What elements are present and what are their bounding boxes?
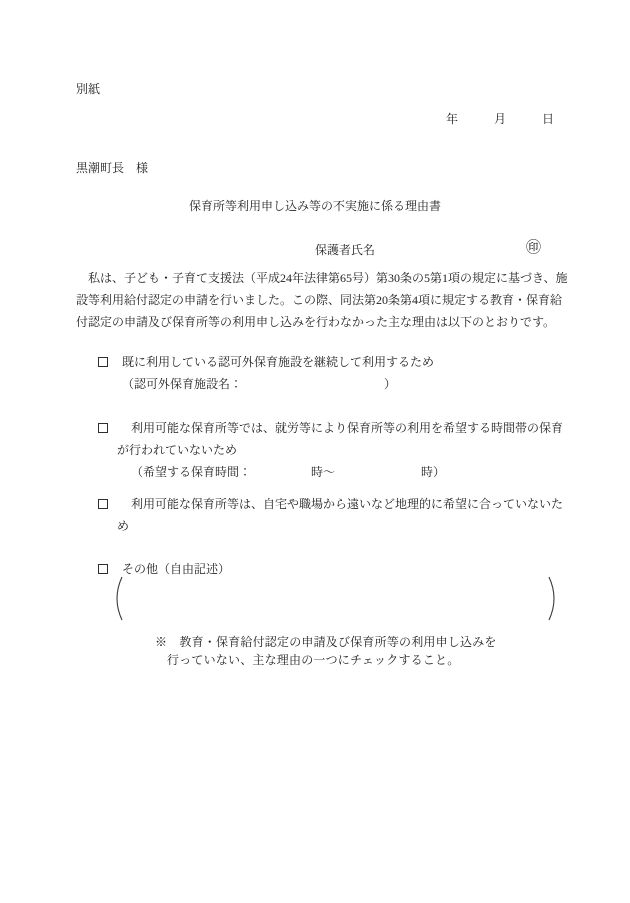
note-line: ※ 教育・保育給付認定の申請及び保育所等の利用申し込みを xyxy=(155,635,497,650)
reason-4-label: その他（自由記述） xyxy=(122,562,230,577)
reason-3-label-line1: 利用可能な保育所等は、自宅や職場から遠いなど地理的に希望に合っていないた xyxy=(131,497,563,512)
reason-3-label-line2: め xyxy=(117,519,129,534)
document-title: 保育所等利用申し込み等の不実施に係る理由書 xyxy=(0,199,630,214)
reason-1-field-line: （認可外保育施設名：） xyxy=(122,376,396,392)
document-page: { "document": { "attachment_label": "別紙"… xyxy=(0,0,630,903)
addressee: 黒潮町長 様 xyxy=(76,161,148,176)
facility-name-field[interactable] xyxy=(242,376,384,388)
care-hours-end-field[interactable] xyxy=(335,464,421,476)
facility-name-field-suffix: ） xyxy=(384,377,396,391)
free-text-bracket-right-icon xyxy=(546,576,562,621)
care-hours-field-suffix: 時） xyxy=(421,465,445,479)
body-line: 私は、子ども・子育て支援法（平成24年法律第65号）第30条の5第1項の規定に基… xyxy=(76,271,568,286)
other-reason-field[interactable] xyxy=(126,578,544,618)
reason-2-field-line: （希望する保育時間：時～時） xyxy=(131,464,445,480)
facility-name-field-prefix: （認可外保育施設名： xyxy=(122,377,242,391)
checkbox-reason-1[interactable] xyxy=(98,357,108,367)
body-line: 付認定の申請及び保育所等の利用申し込みを行わなかった主な理由は以下のとおりです。 xyxy=(76,315,555,330)
guardian-name-label: 保護者氏名 xyxy=(315,243,375,258)
care-hours-start-field[interactable] xyxy=(251,464,311,476)
checkbox-reason-4[interactable] xyxy=(98,564,108,574)
care-hours-field-mid: 時～ xyxy=(311,465,335,479)
note-line: 行っていない、主な理由の一つにチェックすること。 xyxy=(167,653,459,668)
care-hours-field-prefix: （希望する保育時間： xyxy=(131,465,251,479)
guardian-name-field[interactable] xyxy=(395,241,520,257)
body-line: 設等利用給付認定の申請を行いました。この際、同法第20条第4項に規定する教育・保… xyxy=(76,293,562,308)
reason-2-label-line2: が行われていないため xyxy=(117,443,237,458)
checkbox-reason-2[interactable] xyxy=(98,423,108,433)
seal-mark: ㊞ xyxy=(526,241,541,256)
free-text-bracket-left-icon xyxy=(109,576,125,621)
reason-1-label: 既に利用している認可外保育施設を継続して利用するため xyxy=(122,355,434,370)
date-line[interactable]: 年 月 日 xyxy=(446,112,554,127)
attachment-label: 別紙 xyxy=(76,82,100,97)
checkbox-reason-3[interactable] xyxy=(98,499,108,509)
reason-2-label-line1: 利用可能な保育所等では、就労等により保育所等の利用を希望する時間帯の保育 xyxy=(131,421,563,436)
